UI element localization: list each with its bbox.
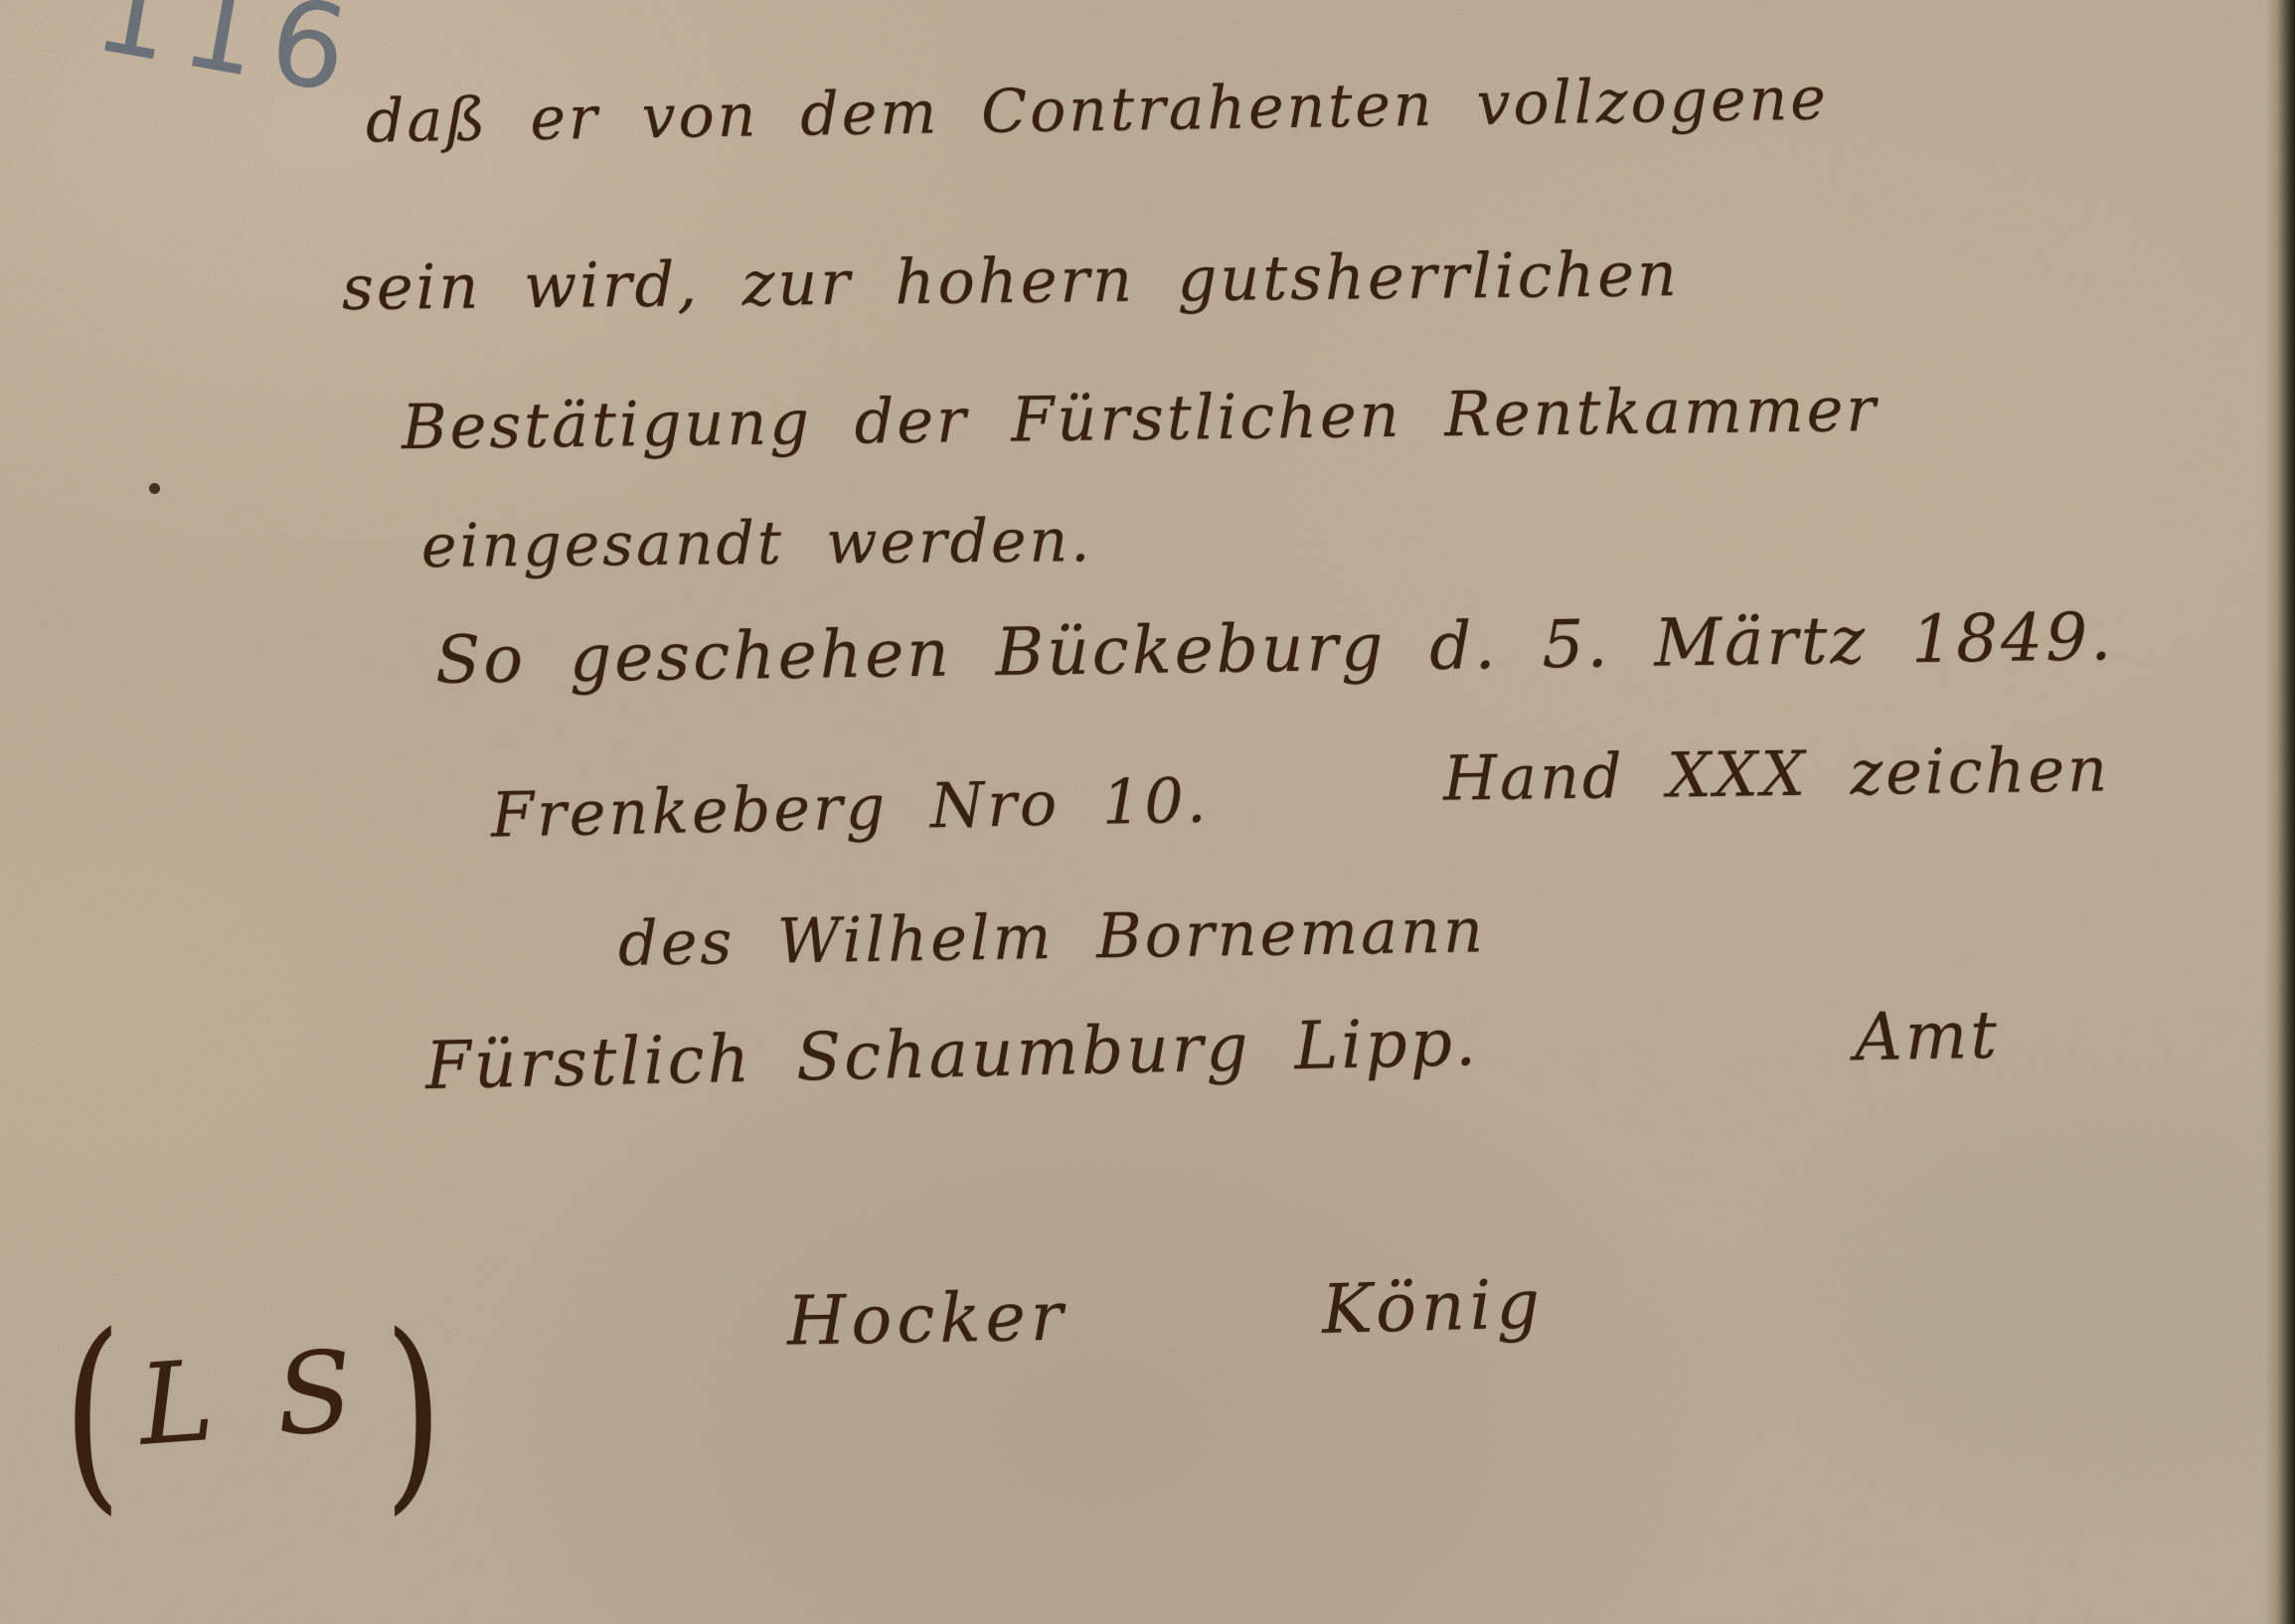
seal-paren-open: ( — [63, 1308, 121, 1517]
page-right-edge — [2265, 0, 2295, 1624]
pencil-page-number: 116 — [85, 0, 371, 121]
manuscript-line-5-dateline: So geschehen Bückeburg d. 5. Märtz 1849. — [435, 598, 2115, 699]
manuscript-line-6-handmark: Hand XXX zeichen — [1443, 732, 2111, 814]
manuscript-line-6-place: Frenkeberg Nro 10. — [490, 763, 1210, 851]
seal-letters: L S — [135, 1326, 371, 1471]
seal-paren-close: ) — [384, 1308, 442, 1517]
manuscript-line-2: sein wird, zur hohern gutsherrlichen — [342, 238, 1681, 324]
seal-mark-ls: ( L S ) — [52, 1308, 454, 1517]
signature-koenig: König — [1321, 1265, 1546, 1350]
signature-hocker: Hocker — [786, 1278, 1068, 1362]
manuscript-line-8-amt: Amt — [1854, 997, 2000, 1076]
manuscript-line-7-name: des Wilhelm Bornemann — [617, 893, 1486, 980]
manuscript-line-1: daß er von dem Contrahenten vollzogene — [366, 64, 1830, 156]
manuscript-page: 116 daß er von dem Contrahenten vollzoge… — [0, 0, 2295, 1624]
ink-speck — [149, 483, 160, 494]
manuscript-line-3: Bestätigung der Fürstlichen Rentkammer — [402, 373, 1880, 463]
manuscript-line-4: eingesandt werden. — [421, 506, 1093, 581]
manuscript-line-8-authority: Fürstlich Schaumburg Lipp. — [424, 1004, 1479, 1104]
